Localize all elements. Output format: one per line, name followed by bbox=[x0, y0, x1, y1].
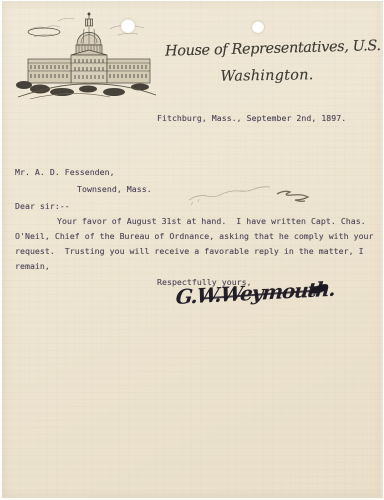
scanned-letter: House of Representatives, U.S. Washingto… bbox=[0, 0, 384, 500]
salutation: Dear sir:-- bbox=[15, 201, 70, 211]
punch-hole-right bbox=[252, 21, 264, 33]
body-line: request. Trusting you will receive a fav… bbox=[15, 246, 364, 256]
dateline: Fitchburg, Mass., September 2nd, 1897. bbox=[157, 113, 346, 123]
pencil-annotation bbox=[185, 182, 319, 206]
capitol-engraving-icon bbox=[10, 9, 162, 103]
letter-paper: House of Representatives, U.S. Washingto… bbox=[2, 1, 383, 498]
letterhead-place-line: Washington. bbox=[165, 66, 369, 86]
recipient-address: Townsend, Mass. bbox=[77, 184, 152, 194]
body-line: Your favor of August 31st at hand. I hav… bbox=[57, 216, 366, 226]
recipient-name: Mr. A. D. Fessenden, bbox=[15, 167, 115, 177]
body-line: O'Neil, Chief of the Bureau of Ordnance,… bbox=[15, 231, 374, 241]
body-line: remain, bbox=[15, 261, 50, 271]
punch-hole-left bbox=[121, 19, 135, 33]
letterhead-org-line: House of Representatives, U.S. bbox=[165, 38, 369, 59]
signature: G.W.Weymouth. bbox=[171, 277, 333, 319]
